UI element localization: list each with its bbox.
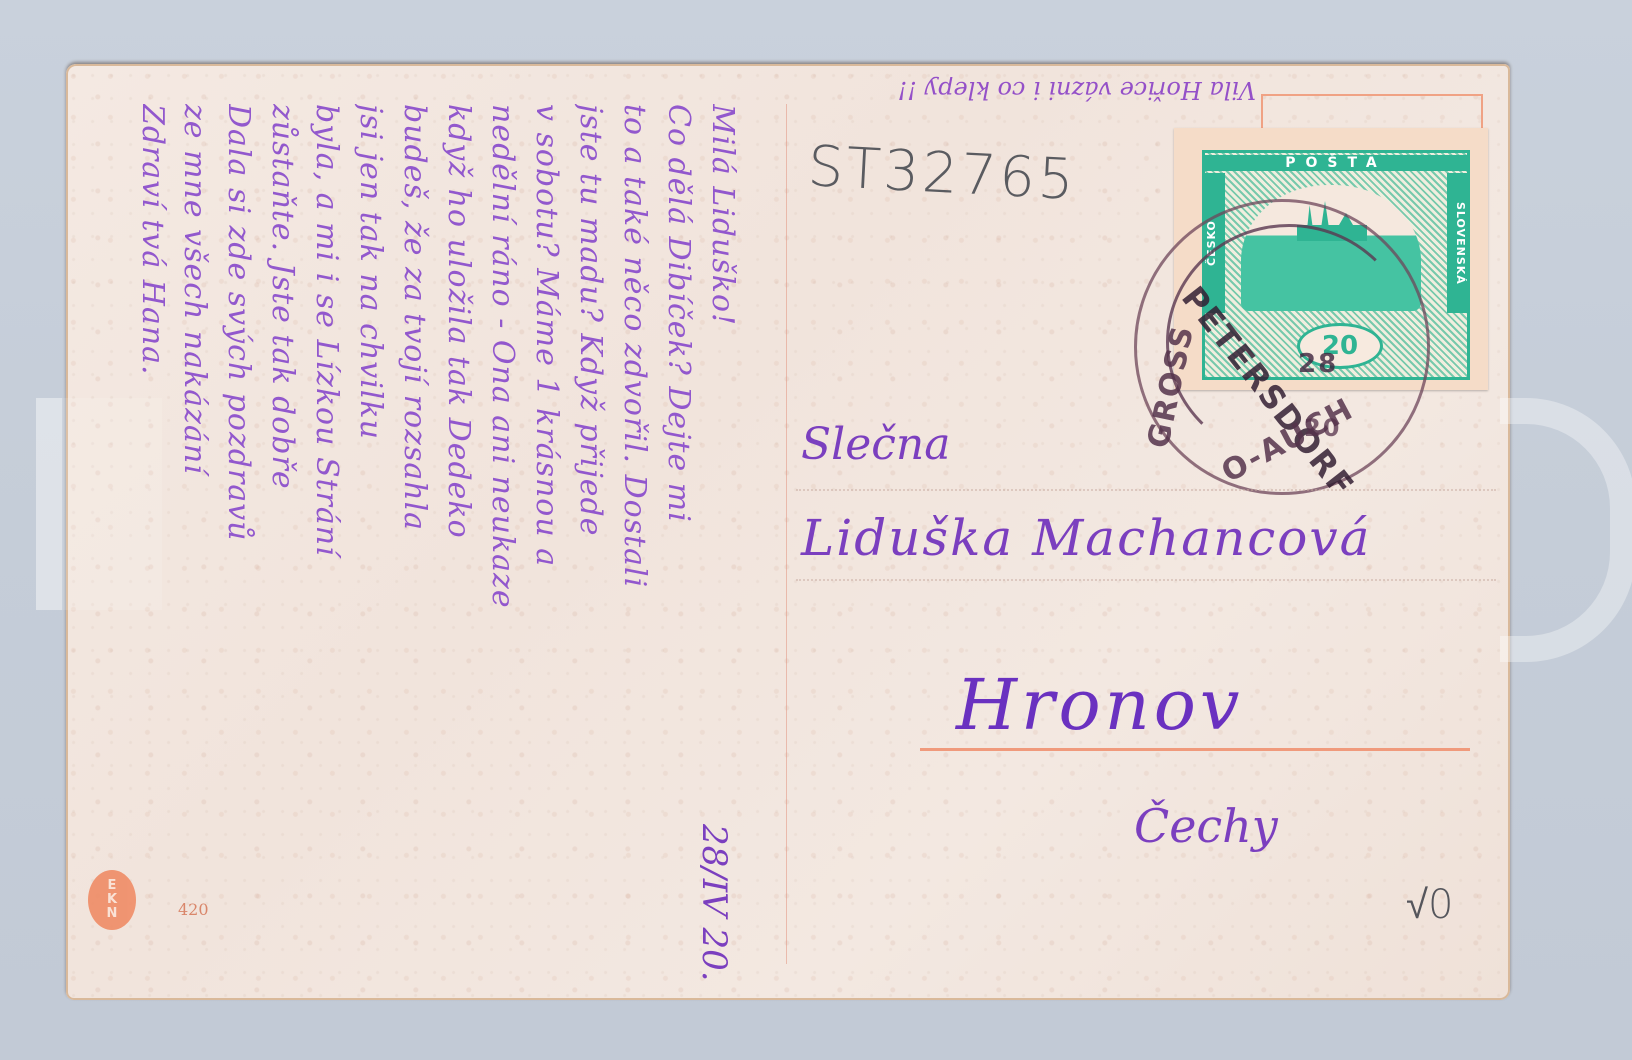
- message-line: Zdraví tvá Hana.: [136, 104, 170, 984]
- stamp-country-top: POŠTA: [1205, 155, 1467, 171]
- stamp-country-right: SLOVENSKÁ: [1447, 173, 1467, 313]
- watermark-right: [1500, 398, 1632, 662]
- message-line: byla, a mi i se Lízkou Strání: [310, 104, 344, 984]
- message-line: když ho uložila tak Dedeko: [442, 104, 476, 984]
- message-line: nedělní ráno - Ona ani neukaze: [486, 104, 520, 984]
- message-line: zůstaňte. Jste tak dobře: [266, 104, 300, 984]
- recipient-title: Slečna: [801, 419, 950, 470]
- message-line: ze mne všech nakázání: [178, 104, 212, 984]
- message-line: jsi jen tak na chvilku: [354, 104, 388, 984]
- inventory-number: ST32765: [806, 134, 1078, 213]
- postmark-year: 20: [1304, 414, 1341, 442]
- address-line: [796, 489, 1496, 491]
- message-date: 28/IV 20.: [694, 824, 734, 982]
- postmark-day: 28: [1298, 349, 1338, 379]
- center-divider-line: [786, 104, 787, 964]
- recipient-name: Liduška Machancová: [801, 509, 1371, 567]
- publisher-number: 420: [178, 900, 209, 919]
- message-line: v sobotu? Máme 1 krásnou a: [530, 104, 564, 984]
- upside-down-note: Vila Hořice vázni i co klepy !!: [716, 76, 1256, 104]
- publisher-logo-icon: E K N: [88, 870, 136, 930]
- recipient-city: Hronov: [956, 664, 1243, 746]
- recipient-region: Čechy: [1134, 799, 1278, 853]
- address-line: [796, 579, 1496, 581]
- message-line: Dala si zde svých pozdravů: [222, 104, 256, 984]
- price-note: √0: [1406, 882, 1453, 928]
- message-line: jste tu madu? Když přijede: [574, 104, 608, 984]
- postcard-back: Vila Hořice vázni i co klepy !! Milá Lid…: [66, 64, 1510, 1000]
- address-rule: [920, 748, 1470, 751]
- message-line: to a také něco zdvořil. Dostali: [618, 104, 652, 984]
- message-line: Co dělá Dibíček? Dejte mi: [662, 104, 696, 984]
- message-line: budeš, že za tvojí rozsahla: [398, 104, 432, 984]
